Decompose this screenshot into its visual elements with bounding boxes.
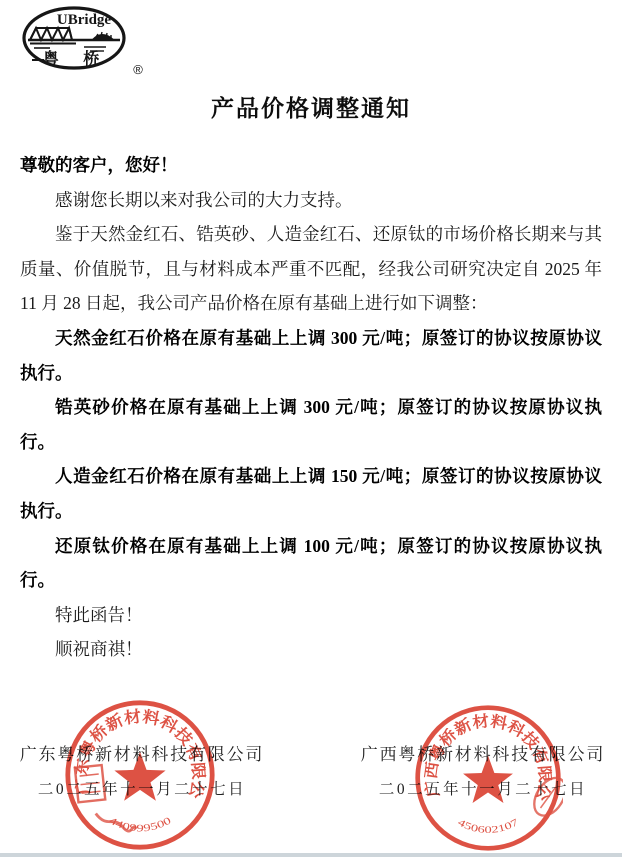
signature-block-guangxi: 广西粤桥新材料科技有限公司 二0二五年十一月二十七日: [357, 737, 609, 807]
brand-name-cn: 粤 桥: [43, 49, 109, 68]
signature-date: 二0二五年十一月二十七日: [16, 772, 268, 807]
paragraph-regards: 顺祝商祺！: [20, 632, 602, 667]
salutation: 尊敬的客户，您好！: [20, 148, 602, 183]
signature-block-guangdong: 广东粤桥新材料科技有限公司 二0二五年十一月二十七日: [16, 737, 268, 807]
document-body: 尊敬的客户，您好！ 感谢您长期以来对我公司的大力支持。 鉴于天然金红石、锆英砂、…: [20, 148, 602, 667]
signature-area: 广东粤桥新材料科技有限公司 4409995000037 广西粤桥新材料科技: [0, 691, 622, 857]
paragraph-reason: 鉴于天然金红石、锆英砂、人造金红石、还原钛的市场价格长期来与其质量、价值脱节，且…: [20, 217, 602, 321]
signature-date: 二0二五年十一月二十七日: [357, 772, 609, 807]
registered-mark-icon: ®: [133, 62, 143, 77]
paragraph-natural-rutile: 天然金红石价格在原有基础上上调 300 元/吨；原签订的协议按原协议执行。: [20, 321, 602, 390]
handwritten-mark: [96, 814, 136, 832]
logo-area: UBridge 粤 桥 ®: [14, 4, 154, 82]
document-page: UBridge 粤 桥 ® 产品价格调整通知 尊敬的客户，您好！ 感谢您长期以来…: [0, 0, 622, 857]
signature-company: 广西粤桥新材料科技有限公司: [357, 737, 609, 772]
paragraph-reduced-titanium: 还原钛价格在原有基础上上调 100 元/吨；原签订的协议按原协议执行。: [20, 529, 602, 598]
doc-title: 产品价格调整通知: [0, 90, 622, 123]
brand-name-en: UBridge: [57, 12, 112, 28]
paragraph-thanks: 感谢您长期以来对我公司的大力支持。: [20, 183, 602, 218]
paragraph-notice: 特此函告！: [20, 598, 602, 633]
company-logo: UBridge 粤 桥 ®: [14, 4, 154, 82]
page-bottom-edge: [0, 853, 622, 857]
signature-company: 广东粤桥新材料科技有限公司: [16, 737, 268, 772]
paragraph-zircon-sand: 锆英砂价格在原有基础上上调 300 元/吨；原签订的协议按原协议执行。: [20, 390, 602, 459]
paragraph-synthetic-rutile: 人造金红石价格在原有基础上上调 150 元/吨；原签订的协议按原协议执行。: [20, 459, 602, 528]
